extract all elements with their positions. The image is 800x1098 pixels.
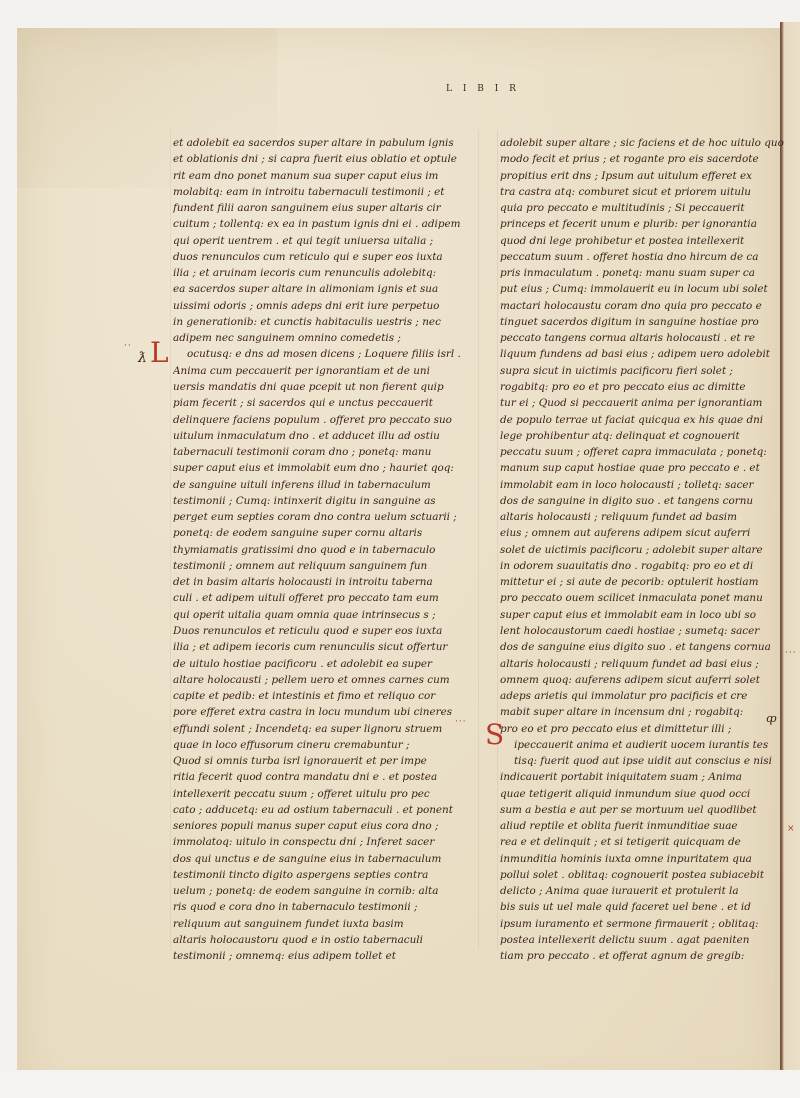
rubric-initial-L: L (150, 336, 169, 369)
text-line: testimonii tincto digito aspergens septi… (173, 867, 473, 883)
text-line: uissimi odoris ; omnis adeps dni erit iu… (173, 298, 473, 314)
text-line: put eius ; Cumq: immolauerit eu in locum… (500, 281, 790, 297)
text-line: rit eam dno ponet manum sua super caput … (173, 168, 473, 184)
text-line: ipeccauerit anima et audierit uocem iura… (500, 737, 790, 753)
text-line: aliud reptile et oblita fuerit inmunditi… (500, 818, 790, 834)
text-line: dos de sanguine in digito suo . et tange… (500, 493, 790, 509)
text-line: immolabit eam in loco holocausti ; tolle… (500, 477, 790, 493)
text-line: tisq: fuerit quod aut ipse uidit aut con… (500, 753, 790, 769)
marginal-glyph: ƛ (138, 350, 147, 366)
text-line: uitulum inmaculatum dno . et adducet ill… (173, 428, 473, 444)
text-line: super caput eius et immolabit eam in loc… (500, 607, 790, 623)
text-line: ea sacerdos super altare in alimoniam ig… (173, 281, 473, 297)
text-line: omnem quoq: auferens adipem sicut auferr… (500, 672, 790, 688)
text-line: uersis mandatis dni quae pcepit ut non f… (173, 379, 473, 395)
text-line: quia pro peccato e multitudinis ; Si pec… (500, 200, 790, 216)
text-line: testimonii ; omnem aut reliquum sanguine… (173, 558, 473, 574)
text-line: quod dni lege prohibetur et postea intel… (500, 233, 790, 249)
text-line: indicauerit portabit iniquitatem suam ; … (500, 769, 790, 785)
text-line: seniores populi manus super caput eius c… (173, 818, 473, 834)
text-line: rogabitq: pro eo et pro peccato eius ac … (500, 379, 790, 395)
text-line: modo fecit et prius ; et rogante pro eis… (500, 151, 790, 167)
text-line: ris quod e cora dno in tabernaculo testi… (173, 899, 473, 915)
background-strip (0, 1070, 800, 1098)
text-line: culi . et adipem uituli offeret pro pecc… (173, 590, 473, 606)
marginal-dots: ··· (785, 648, 797, 658)
text-line: in odorem suauitatis dno . rogabitq: pro… (500, 558, 790, 574)
text-line: Anima cum peccauerit per ignorantiam et … (173, 363, 473, 379)
text-line: pro eo et pro peccato eius et dimittetur… (500, 721, 790, 737)
text-line: et adolebit ea sacerdos super altare in … (173, 135, 473, 151)
text-line: det in basim altaris holocausti in intro… (173, 574, 473, 590)
text-line: adolebit super altare ; sic faciens et d… (500, 135, 790, 151)
text-line: adeps arietis qui immolatur pro pacifici… (500, 688, 790, 704)
text-line: pollui solet . oblitaq: cognouerit poste… (500, 867, 790, 883)
text-line: ilia ; et adipem iecoris cum renunculis … (173, 639, 473, 655)
left-text-column: et adolebit ea sacerdos super altare in … (173, 135, 473, 965)
text-line: mabit super altare in incensum dni ; rog… (500, 704, 790, 720)
text-line: tur ei ; Quod si peccauerit anima per ig… (500, 395, 790, 411)
text-line: quae in loco effusorum cineru cremabuntu… (173, 737, 473, 753)
running-head: L I B I R (446, 84, 520, 94)
ruling-line (478, 130, 479, 950)
text-line: uelum ; ponetq: de eodem sanguine in cor… (173, 883, 473, 899)
text-line: quae tetigerit aliquid inmundum siue quo… (500, 786, 790, 802)
text-line: piam fecerit ; si sacerdos qui e unctus … (173, 395, 473, 411)
text-line: qui operit uentrem . et qui tegit uniuer… (173, 233, 473, 249)
text-line: lent holocaustorum caedi hostiae ; sumet… (500, 623, 790, 639)
text-line: postea intellexerit delictu suum . agat … (500, 932, 790, 948)
text-line: sum a bestia e aut per se mortuum uel qu… (500, 802, 790, 818)
text-line: altaris holocaustoru quod e in ostio tab… (173, 932, 473, 948)
text-line: mactari holocaustu coram dno quia pro pe… (500, 298, 790, 314)
text-line: cuitum ; tollentq: ex ea in pastum ignis… (173, 216, 473, 232)
text-line: rea e et delinquit ; et si tetigerit qui… (500, 834, 790, 850)
ruling-line (170, 130, 171, 950)
text-line: de sanguine uituli inferens illud in tab… (173, 477, 473, 493)
text-line: altare holocausti ; pellem uero et omnes… (173, 672, 473, 688)
text-line: ritia fecerit quod contra mandatu dni e … (173, 769, 473, 785)
text-line: manum sup caput hostiae quae pro peccato… (500, 460, 790, 476)
right-text-column: adolebit super altare ; sic faciens et d… (500, 135, 790, 965)
marginal-dots: ·· (124, 341, 132, 351)
text-line: pore efferet extra castra in locu mundum… (173, 704, 473, 720)
text-line: altaris holocausti ; reliquum fundet ad … (500, 509, 790, 525)
text-line: peccato tangens cornua altaris holocaust… (500, 330, 790, 346)
text-line: solet de uictimis pacificoru ; adolebit … (500, 542, 790, 558)
text-line: effundi solent ; Incendetq: ea super lig… (173, 721, 473, 737)
text-line: de uitulo hostiae pacificoru . et adoleb… (173, 656, 473, 672)
text-line: pris inmaculatum . ponetq: manu suam sup… (500, 265, 790, 281)
text-line: reliquum aut sanguinem fundet iuxta basi… (173, 916, 473, 932)
text-line: dos de sanguine eius digito suo . et tan… (500, 639, 790, 655)
text-line: tinguet sacerdos digitum in sanguine hos… (500, 314, 790, 330)
text-line: propitius erit dns ; Ipsum aut uitulum e… (500, 168, 790, 184)
text-line: lege prohibentur atq: delinquat et cogno… (500, 428, 790, 444)
text-line: peccatu suum ; offeret capra immaculata … (500, 444, 790, 460)
text-line: tra castra atq: comburet sicut et priore… (500, 184, 790, 200)
ruling-line (497, 130, 498, 950)
text-line: qui operit uitalia quam omnia quae intri… (173, 607, 473, 623)
text-line: adipem nec sanguinem omnino comedetis ; (173, 330, 473, 346)
text-line: ipsum iuramento et sermone firmauerit ; … (500, 916, 790, 932)
text-line: inmunditia hominis iuxta omne inpuritate… (500, 851, 790, 867)
text-line: liquum fundens ad basi eius ; adipem uer… (500, 346, 790, 362)
text-line: tiam pro peccato . et offerat agnum de g… (500, 948, 790, 964)
text-line: molabitq: eam in introitu tabernaculi te… (173, 184, 473, 200)
text-line: altaris holocausti ; reliquum fundet ad … (500, 656, 790, 672)
text-line: bis suis ut uel male quid faceret uel be… (500, 899, 790, 915)
marginal-dots: ··· (455, 717, 467, 727)
marginal-mark: ȹ (766, 712, 777, 725)
text-line: Duos renunculos et reticulu quod e super… (173, 623, 473, 639)
text-line: cato ; adducetq: eu ad ostium tabernacul… (173, 802, 473, 818)
text-line: fundent filii aaron sanguinem eius super… (173, 200, 473, 216)
text-line: immolatoq: uitulo in conspectu dni ; Inf… (173, 834, 473, 850)
text-line: duos renunculos cum reticulo qui e super… (173, 249, 473, 265)
text-line: de populo terrae ut faciat quicqua ex hi… (500, 412, 790, 428)
text-line: ponetq: de eodem sanguine super cornu al… (173, 525, 473, 541)
text-line: eius ; omnem aut auferens adipem sicut a… (500, 525, 790, 541)
marginal-mark: × (787, 824, 796, 834)
text-line: ocutusq: e dns ad mosen dicens ; Loquere… (173, 346, 473, 362)
text-line: tabernaculi testimonii coram dno ; ponet… (173, 444, 473, 460)
rubric-initial-S: S (485, 718, 504, 751)
text-line: perget eum septies coram dno contra uelu… (173, 509, 473, 525)
text-line: et oblationis dni ; si capra fuerit eius… (173, 151, 473, 167)
text-line: dos qui unctus e de sanguine eius in tab… (173, 851, 473, 867)
text-line: in generationib: et cunctis habitaculis … (173, 314, 473, 330)
text-line: princeps et fecerit unum e plurib: per i… (500, 216, 790, 232)
text-line: super caput eius et immolabit eum dno ; … (173, 460, 473, 476)
text-line: supra sicut in uictimis pacificoru fieri… (500, 363, 790, 379)
text-line: intellexerit peccatu suum ; offeret uitu… (173, 786, 473, 802)
text-line: testimonii ; Cumq: intinxerit digitu in … (173, 493, 473, 509)
text-line: pro peccato ouem scilicet inmaculata pon… (500, 590, 790, 606)
text-line: Quod si omnis turba isrl ignorauerit et … (173, 753, 473, 769)
text-line: delicto ; Anima quae iurauerit et protul… (500, 883, 790, 899)
text-line: delinquere faciens populum . offeret pro… (173, 412, 473, 428)
text-line: thymiamatis gratissimi dno quod e in tab… (173, 542, 473, 558)
text-line: testimonii ; omnemq: eius adipem tollet … (173, 948, 473, 964)
text-line: ilia ; et aruinam iecoris cum renunculis… (173, 265, 473, 281)
text-line: capite et pedib: et intestinis et fimo e… (173, 688, 473, 704)
text-line: peccatum suum . offeret hostia dno hircu… (500, 249, 790, 265)
text-line: mittetur ei ; si aute de pecorib: optule… (500, 574, 790, 590)
